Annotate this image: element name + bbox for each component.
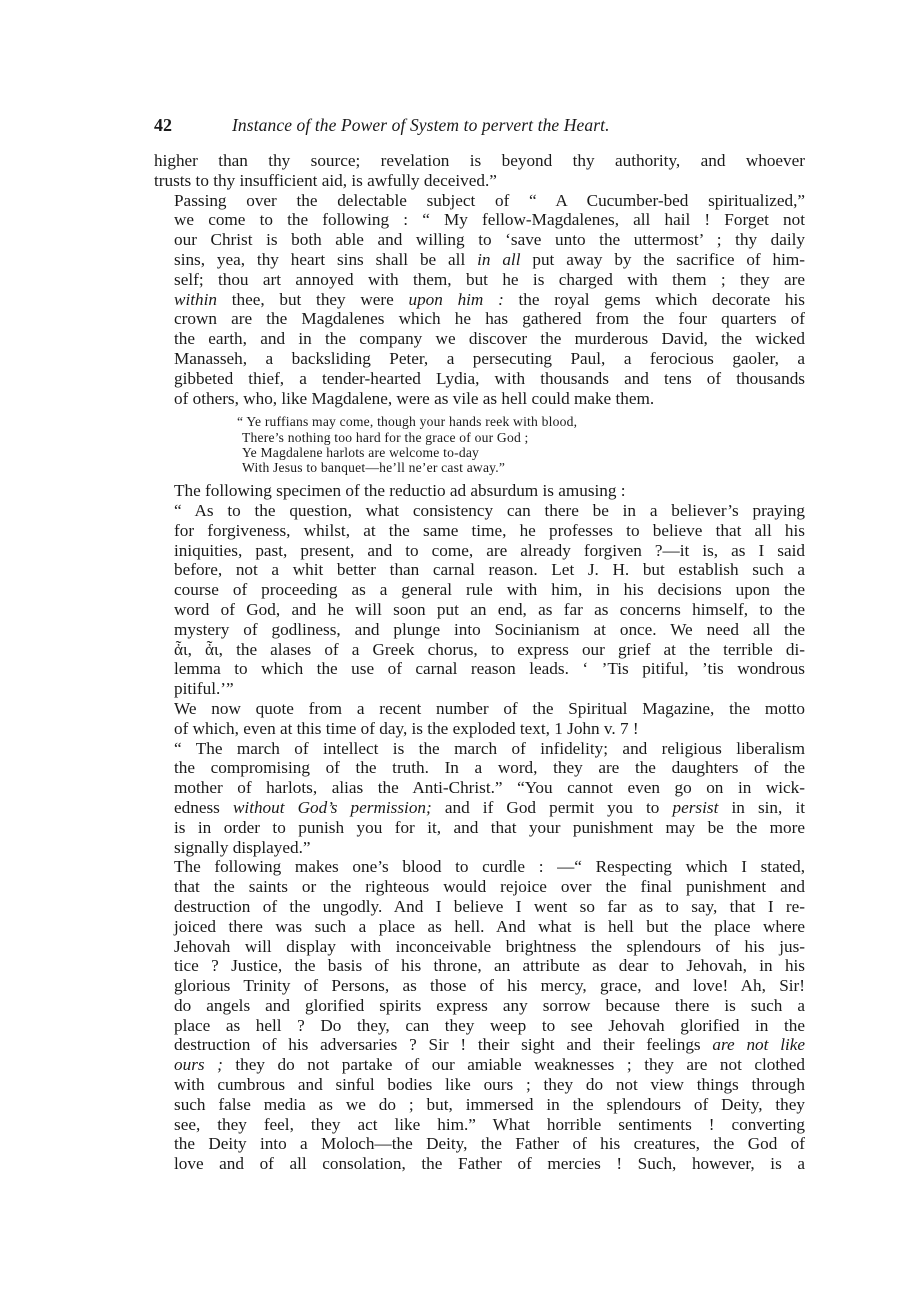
paragraph: The following makes one’s blood to curdl… xyxy=(154,857,805,1174)
text-line: the earth, and in the company we discove… xyxy=(154,329,805,349)
text-line: of others, who, like Magdalene, were as … xyxy=(154,389,805,409)
text-line: “ The march of intellect is the march of… xyxy=(154,739,805,759)
text-line: The following makes one’s blood to curdl… xyxy=(154,857,805,877)
text-line: the Deity into a Moloch—the Deity, the F… xyxy=(154,1134,805,1154)
running-title: Instance of the Power of System to perve… xyxy=(232,116,610,136)
text-line: course of proceeding as a general rule w… xyxy=(154,580,805,600)
text-line: edness without God’s permission; and if … xyxy=(154,798,805,818)
italic-emphasis: ours ; xyxy=(174,1055,223,1074)
book-page: 42 Instance of the Power of System to pe… xyxy=(154,112,805,1174)
text-line: is in order to punish you for it, and th… xyxy=(154,818,805,838)
text-line: we come to the following : “ My fellow-M… xyxy=(154,210,805,230)
text-line: within thee, but they were upon him : th… xyxy=(154,290,805,310)
italic-emphasis: persist xyxy=(673,798,719,817)
text-line: self; thou art annoyed with them, but he… xyxy=(154,270,805,290)
text-line: joiced there was such a place as hell. A… xyxy=(154,917,805,937)
text-line: such false media as we do ; but, immerse… xyxy=(154,1095,805,1115)
text-line: trusts to thy insufficient aid, is awful… xyxy=(154,171,805,191)
text-line: We now quote from a recent number of the… xyxy=(154,699,805,719)
text-line: destruction of his adversaries ? Sir ! t… xyxy=(154,1035,805,1055)
text-line: lemma to which the use of carnal reason … xyxy=(154,659,805,679)
verse-line: “ Ye ruffians may come, though your hand… xyxy=(242,414,805,429)
text-line: gibbeted thief, a tender-hearted Lydia, … xyxy=(154,369,805,389)
paragraph: higher than thy source; revelation is be… xyxy=(154,151,805,191)
text-line: The following specimen of the reductio a… xyxy=(154,481,805,501)
text-line: for forgiveness, whilst, at the same tim… xyxy=(154,521,805,541)
text-line: mystery of godliness, and plunge into So… xyxy=(154,620,805,640)
text-line: signally displayed.” xyxy=(154,838,805,858)
verse-line: With Jesus to banquet—he’ll ne’er cast a… xyxy=(242,460,805,475)
text-line: Manasseh, a backsliding Peter, a persecu… xyxy=(154,349,805,369)
paragraph: “ As to the question, what consistency c… xyxy=(154,501,805,699)
italic-emphasis: are not like xyxy=(712,1035,805,1054)
italic-emphasis: within xyxy=(174,290,217,309)
text-line: tice ? Justice, the basis of his throne,… xyxy=(154,956,805,976)
text-line: love and of all consolation, the Father … xyxy=(154,1154,805,1174)
paragraph: The following specimen of the reductio a… xyxy=(154,481,805,501)
page-number: 42 xyxy=(154,116,172,136)
text-line: see, they feel, they act like him.” What… xyxy=(154,1115,805,1135)
text-line: do angels and glorified spirits express … xyxy=(154,996,805,1016)
verse-quotation: “ Ye ruffians may come, though your hand… xyxy=(242,414,805,475)
body-text-after-verse: The following specimen of the reductio a… xyxy=(154,481,805,1174)
text-line: glorious Trinity of Persons, as those of… xyxy=(154,976,805,996)
italic-emphasis: upon him : xyxy=(408,290,503,309)
text-line: with cumbrous and sinful bodies like our… xyxy=(154,1075,805,1095)
running-head: 42 Instance of the Power of System to pe… xyxy=(154,112,805,142)
text-line: ἆι, ἆι, the alases of a Greek chorus, to… xyxy=(154,640,805,660)
text-line: destruction of the ungodly. And I believ… xyxy=(154,897,805,917)
paragraph: Passing over the delectable subject of “… xyxy=(154,191,805,409)
text-line: before, not a whit better than carnal re… xyxy=(154,560,805,580)
text-line: that the saints or the righteous would r… xyxy=(154,877,805,897)
italic-emphasis: without God’s permission; xyxy=(233,798,432,817)
text-line: pitiful.’” xyxy=(154,679,805,699)
text-line: Passing over the delectable subject of “… xyxy=(154,191,805,211)
text-line: ours ; they do not partake of our amiabl… xyxy=(154,1055,805,1075)
verse-line: Ye Magdalene harlots are welcome to-day xyxy=(242,445,805,460)
italic-emphasis: in all xyxy=(477,250,520,269)
text-line: word of God, and he will soon put an end… xyxy=(154,600,805,620)
text-line: “ As to the question, what consistency c… xyxy=(154,501,805,521)
body-text-before-verse: higher than thy source; revelation is be… xyxy=(154,151,805,408)
text-line: our Christ is both able and willing to ‘… xyxy=(154,230,805,250)
paragraph: We now quote from a recent number of the… xyxy=(154,699,805,739)
text-line: iniquities, past, present, and to come, … xyxy=(154,541,805,561)
text-line: higher than thy source; revelation is be… xyxy=(154,151,805,171)
paragraph: “ The march of intellect is the march of… xyxy=(154,739,805,858)
text-line: place as hell ? Do they, can they weep t… xyxy=(154,1016,805,1036)
text-line: mother of harlots, alias the Anti-Christ… xyxy=(154,778,805,798)
text-line: sins, yea, thy heart sins shall be all i… xyxy=(154,250,805,270)
text-line: crown are the Magdalenes which he has ga… xyxy=(154,309,805,329)
text-line: Jehovah will display with inconceivable … xyxy=(154,937,805,957)
verse-line: There’s nothing too hard for the grace o… xyxy=(242,430,805,445)
text-line: the compromising of the truth. In a word… xyxy=(154,758,805,778)
text-line: of which, even at this time of day, is t… xyxy=(154,719,805,739)
